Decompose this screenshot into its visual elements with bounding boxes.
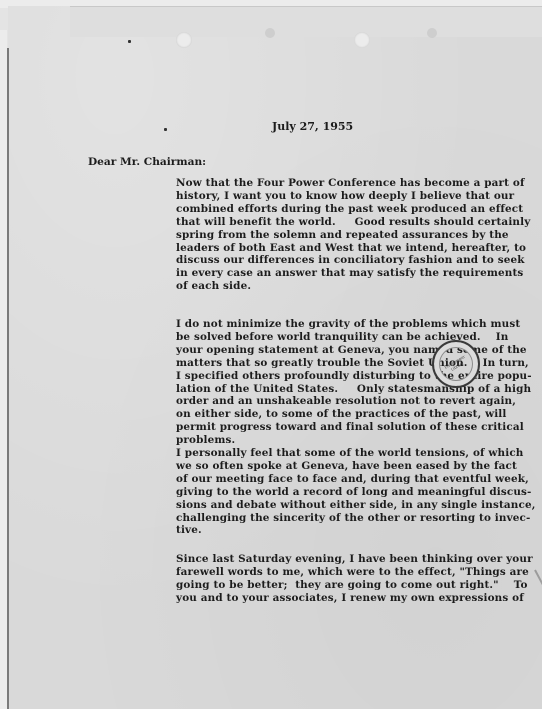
text-line: giving to the world a record of long and… (176, 486, 536, 499)
scan-background-left (0, 30, 7, 709)
text-line: farewell words to me, which were to the … (176, 566, 536, 579)
text-line: leaders of both East and West that we in… (176, 242, 536, 255)
text-line: Since last Saturday evening, I have been… (176, 553, 536, 566)
text-line: discuss our differences in conciliatory … (176, 254, 536, 267)
text-line: spring from the solemn and repeated assu… (176, 229, 536, 242)
page-top-edge (70, 6, 542, 37)
text-line: that will benefit the world. Good result… (176, 216, 536, 229)
library-stamp-icon: Eisenhower Library (432, 340, 480, 388)
text-line: combined efforts during the past week pr… (176, 203, 536, 216)
text-line: on either side, to some of the practices… (176, 408, 536, 421)
text-line: your opening statement at Geneva, you na… (176, 344, 536, 357)
punch-hole-icon (176, 32, 192, 48)
text-line: order and an unshakeable resolution not … (176, 395, 536, 408)
letter-date: July 27, 1955 (272, 120, 353, 133)
text-line: in every case an answer that may satisfy… (176, 267, 536, 280)
text-line: lation of the United States. Only states… (176, 383, 536, 396)
text-line: I specified others profoundly disturbing… (176, 370, 536, 383)
ink-speck (128, 40, 131, 43)
text-line: be solved before world tranquility can b… (176, 331, 536, 344)
text-line: problems. (176, 434, 536, 447)
text-line: matters that so greatly trouble the Sovi… (176, 357, 536, 370)
text-line: of our meeting face to face and, during … (176, 473, 536, 486)
paragraph-2: I do not minimize the gravity of the pro… (176, 318, 536, 447)
punch-mark-icon (265, 28, 275, 38)
punch-hole-icon (354, 32, 370, 48)
text-line: going to be better; they are going to co… (176, 579, 536, 592)
text-line: Now that the Four Power Conference has b… (176, 177, 536, 190)
paragraph-4: Since last Saturday evening, I have been… (176, 553, 536, 605)
text-line: permit progress toward and final solutio… (176, 421, 536, 434)
punch-mark-icon (427, 28, 437, 38)
page-left-edge (7, 48, 9, 709)
text-line: I do not minimize the gravity of the pro… (176, 318, 536, 331)
text-line: sions and debate without either side, in… (176, 499, 536, 512)
paragraph-1: Now that the Four Power Conference has b… (176, 177, 536, 293)
text-line: tive. (176, 524, 536, 537)
text-line: of each side. (176, 280, 536, 293)
ink-speck (164, 128, 167, 131)
paragraph-3: I personally feel that some of the world… (176, 447, 536, 537)
text-line: we so often spoke at Geneva, have been e… (176, 460, 536, 473)
text-line: you and to your associates, I renew my o… (176, 592, 536, 605)
stamp-text: Eisenhower Library (438, 351, 474, 378)
text-line: history, I want you to know how deeply I… (176, 190, 536, 203)
text-line: challenging the sincerity of the other o… (176, 512, 536, 525)
letter-salutation: Dear Mr. Chairman: (88, 156, 206, 168)
text-line: I personally feel that some of the world… (176, 447, 536, 460)
